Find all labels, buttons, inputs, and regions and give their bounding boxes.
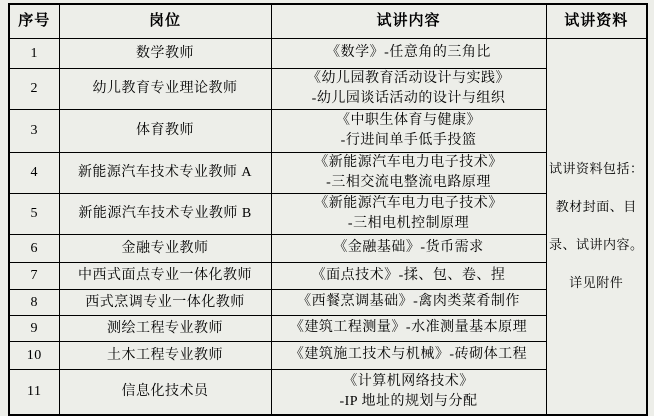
row-content: 《西餐烹调基础》-禽肉类菜肴制作	[271, 289, 546, 315]
header-position: 岗位	[59, 4, 271, 38]
row-position: 金融专业教师	[59, 234, 271, 262]
row-content: 《金融基础》-货币需求	[271, 234, 546, 262]
row-position: 信息化技术员	[59, 369, 271, 415]
content-line-1: 《数学》-任意角的三角比	[274, 43, 544, 63]
row-content: 《计算机网络技术》 -IP 地址的规划与分配	[271, 369, 546, 415]
content-line-1: 《建筑施工技术与机械》-砖砌体工程	[274, 345, 544, 365]
row-no: 1	[9, 38, 59, 68]
content-line-1: 《金融基础》-货币需求	[274, 238, 544, 258]
materials-merged-cell: 试讲资料包括： 教材封面、目 录、试讲内容。 详见附件	[546, 38, 647, 415]
materials-line-3: 录、试讲内容。	[549, 226, 645, 264]
row-content: 《新能源汽车电力电子技术》 -三相交流电整流电路原理	[271, 152, 546, 193]
content-line-1: 《面点技术》-揉、包、卷、捏	[274, 266, 544, 286]
row-no: 5	[9, 193, 59, 234]
content-line-1: 《计算机网络技术》	[274, 372, 544, 392]
content-line-2: -三相电机控制原理	[274, 214, 544, 234]
row-position: 测绘工程专业教师	[59, 315, 271, 341]
row-content: 《新能源汽车电力电子技术》 -三相电机控制原理	[271, 193, 546, 234]
trial-lecture-table: 序号 岗位 试讲内容 试讲资料 1 数学教师 《数学》-任意角的三角比 试讲资料…	[8, 3, 648, 416]
materials-line-2: 教材封面、目	[549, 188, 645, 226]
row-no: 10	[9, 341, 59, 369]
row-position: 幼儿教育专业理论教师	[59, 68, 271, 109]
materials-line-4: 详见附件	[549, 264, 645, 302]
page: 序号 岗位 试讲内容 试讲资料 1 数学教师 《数学》-任意角的三角比 试讲资料…	[0, 0, 654, 416]
content-line-2: -IP 地址的规划与分配	[274, 392, 544, 412]
row-no: 7	[9, 262, 59, 289]
row-position: 中西式面点专业一体化教师	[59, 262, 271, 289]
materials-line-1: 试讲资料包括：	[549, 150, 645, 188]
row-no: 6	[9, 234, 59, 262]
content-line-1: 《建筑工程测量》-水准测量基本原理	[274, 318, 544, 338]
row-no: 3	[9, 109, 59, 152]
materials-text: 试讲资料包括： 教材封面、目 录、试讲内容。 详见附件	[549, 150, 645, 302]
row-no: 8	[9, 289, 59, 315]
row-content: 《中职生体育与健康》 -行进间单手低手投篮	[271, 109, 546, 152]
content-line-2: -行进间单手低手投篮	[274, 131, 544, 151]
header-row: 序号 岗位 试讲内容 试讲资料	[9, 4, 647, 38]
content-line-2: -三相交流电整流电路原理	[274, 173, 544, 193]
row-no: 9	[9, 315, 59, 341]
table-row: 1 数学教师 《数学》-任意角的三角比 试讲资料包括： 教材封面、目 录、试讲内…	[9, 38, 647, 68]
content-line-1: 《新能源汽车电力电子技术》	[274, 153, 544, 173]
row-no: 11	[9, 369, 59, 415]
content-line-1: 《幼儿园教育活动设计与实践》	[274, 69, 544, 89]
header-content: 试讲内容	[271, 4, 546, 38]
header-no: 序号	[9, 4, 59, 38]
row-position: 体育教师	[59, 109, 271, 152]
row-position: 数学教师	[59, 38, 271, 68]
content-line-1: 《西餐烹调基础》-禽肉类菜肴制作	[274, 292, 544, 312]
content-line-2: -幼儿园谈话活动的设计与组织	[274, 89, 544, 109]
row-position: 土木工程专业教师	[59, 341, 271, 369]
header-materials: 试讲资料	[546, 4, 647, 38]
row-no: 4	[9, 152, 59, 193]
row-content: 《幼儿园教育活动设计与实践》 -幼儿园谈话活动的设计与组织	[271, 68, 546, 109]
row-content: 《建筑施工技术与机械》-砖砌体工程	[271, 341, 546, 369]
row-position: 西式烹调专业一体化教师	[59, 289, 271, 315]
row-no: 2	[9, 68, 59, 109]
content-line-1: 《中职生体育与健康》	[274, 111, 544, 131]
row-content: 《数学》-任意角的三角比	[271, 38, 546, 68]
content-line-1: 《新能源汽车电力电子技术》	[274, 194, 544, 214]
row-content: 《建筑工程测量》-水准测量基本原理	[271, 315, 546, 341]
row-position: 新能源汽车技术专业教师 B	[59, 193, 271, 234]
row-position: 新能源汽车技术专业教师 A	[59, 152, 271, 193]
row-content: 《面点技术》-揉、包、卷、捏	[271, 262, 546, 289]
